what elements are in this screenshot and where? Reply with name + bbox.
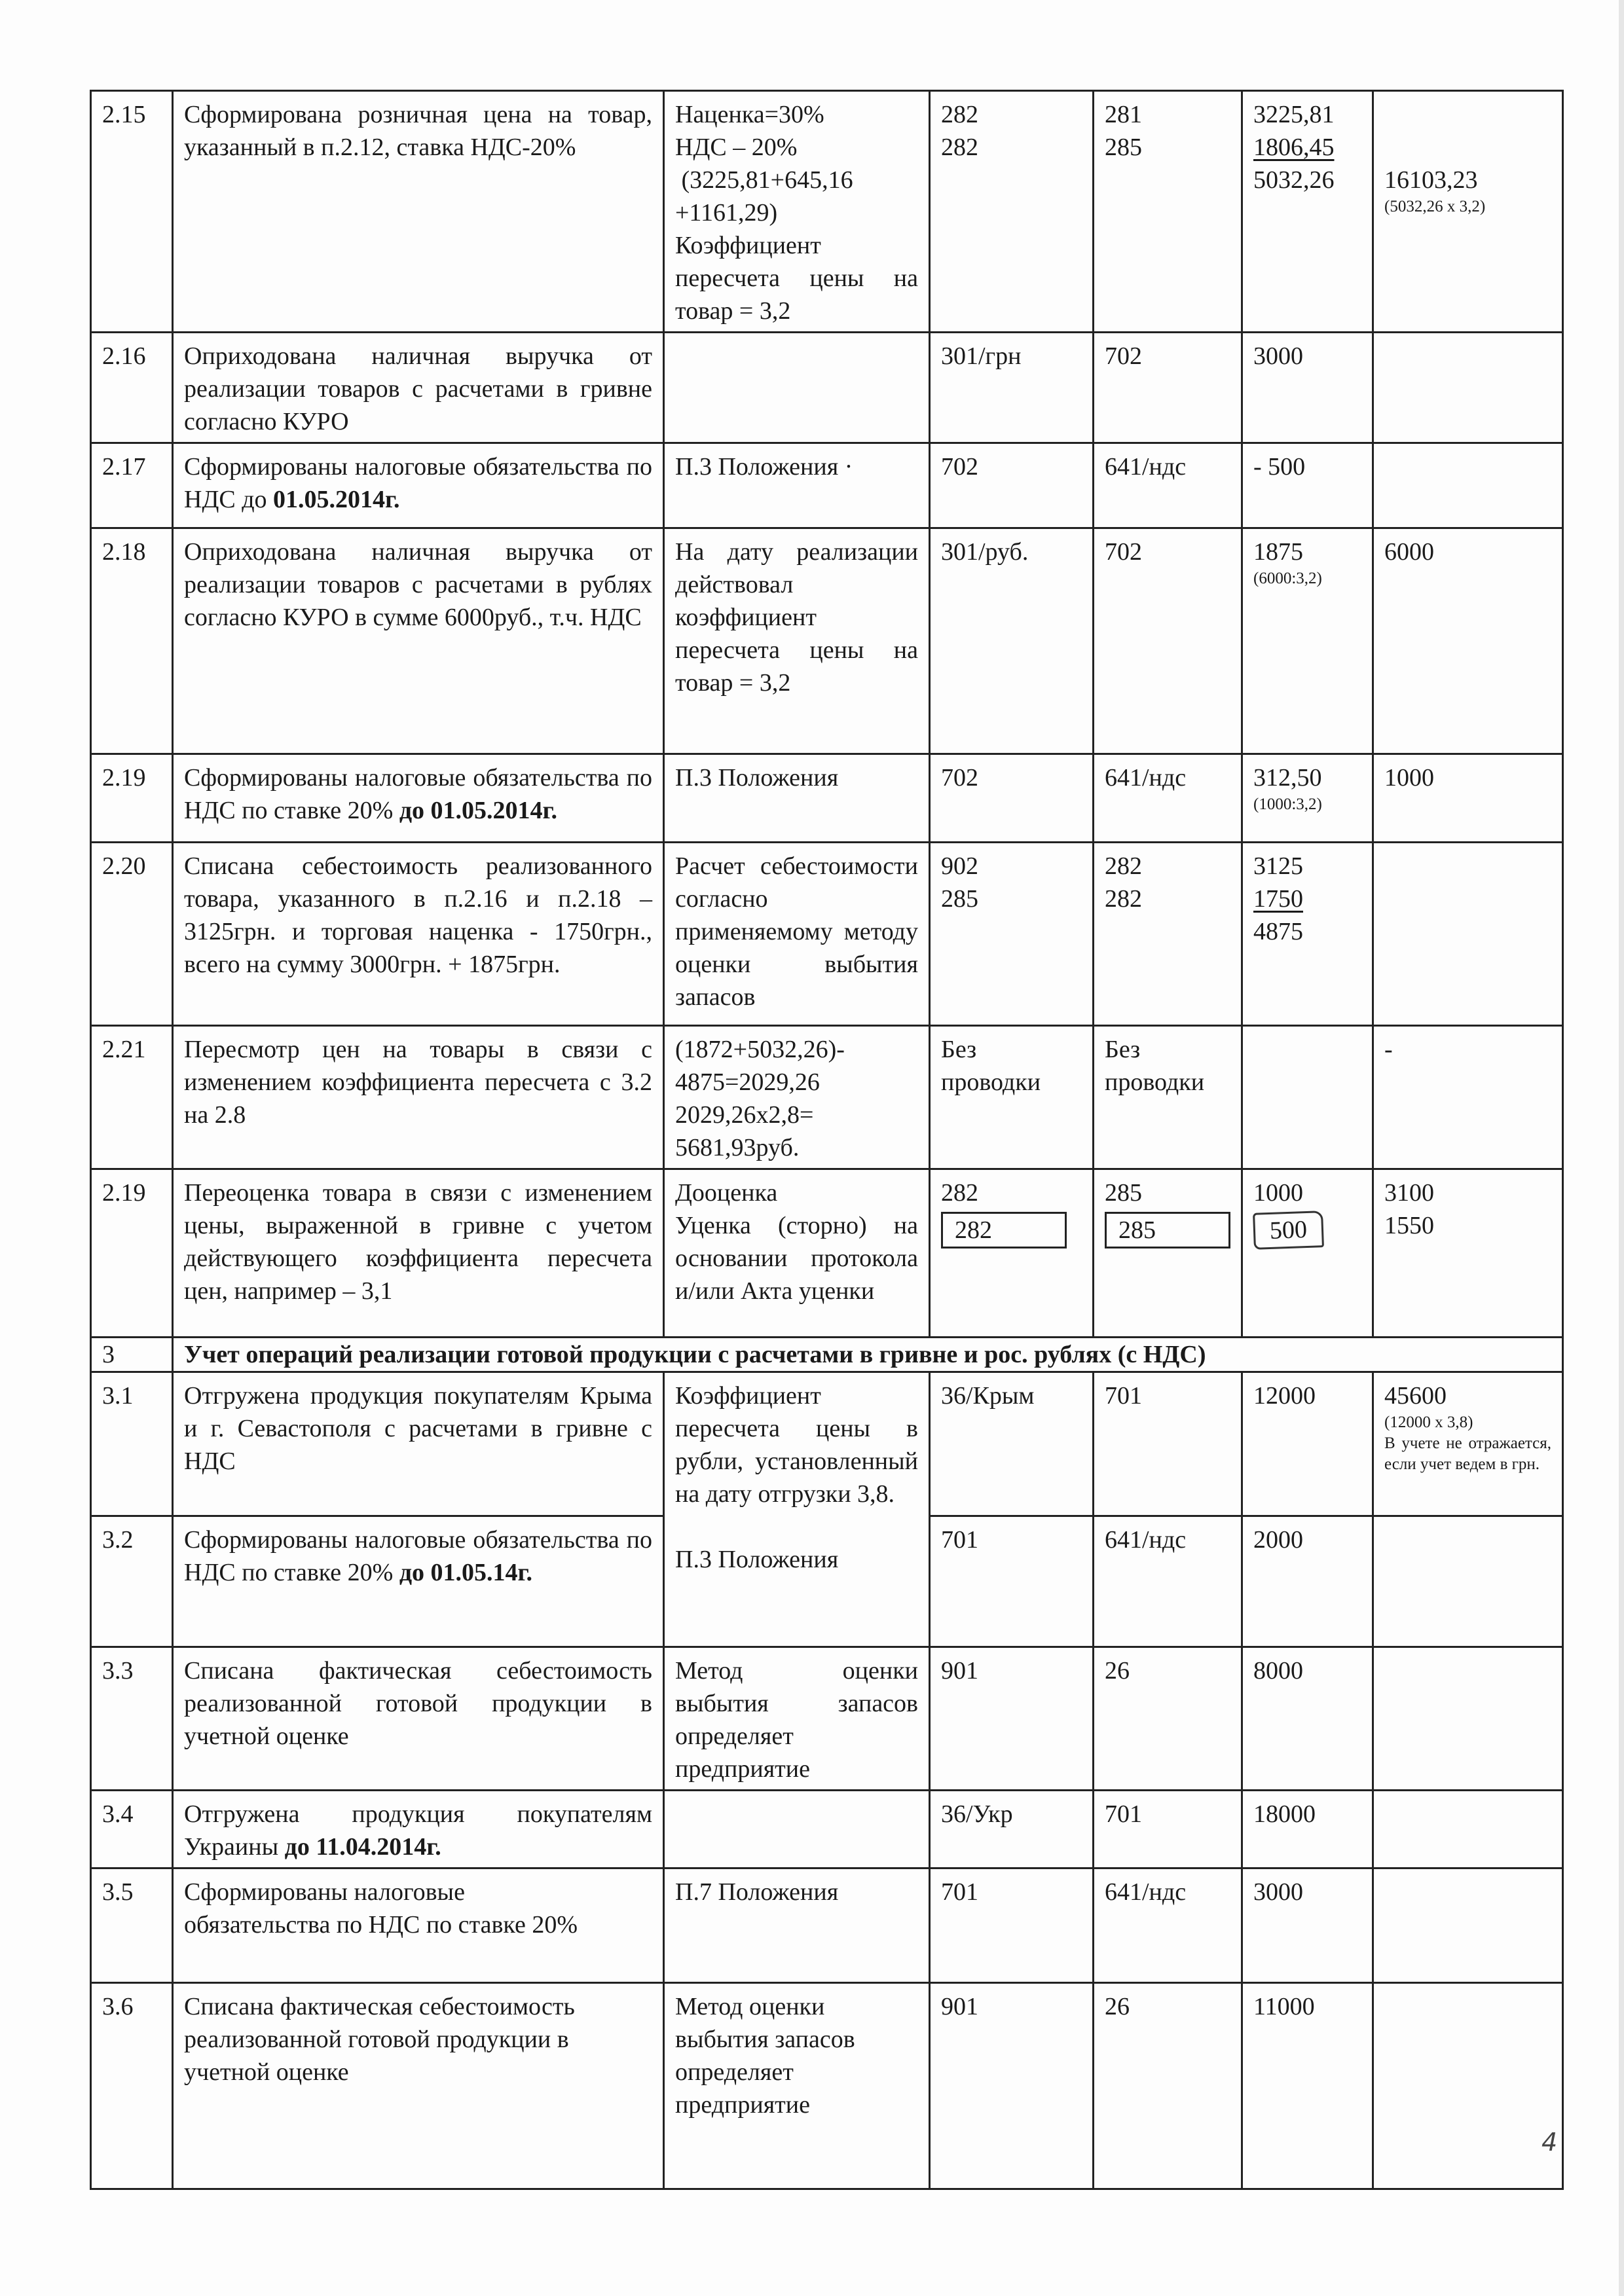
rub-line: 3100: [1384, 1176, 1551, 1209]
section-header: 3 Учет операций реализации готовой проду…: [91, 1338, 1563, 1372]
amount-rub: [1373, 1791, 1563, 1868]
operation-basis: П.7 Положения: [664, 1868, 930, 1983]
amount-value: 1875: [1253, 536, 1361, 568]
description-date: до 11.04.2014г.: [285, 1833, 441, 1861]
amount-rub: [1373, 1983, 1563, 2189]
row-number: 2.15: [91, 91, 173, 333]
table-row: 2.21 Пересмотр цен на товары в связи с и…: [91, 1026, 1563, 1169]
amount-rub: 3100 1550: [1373, 1169, 1563, 1338]
amount-uah: - 500: [1242, 443, 1373, 528]
debit-line: 902: [941, 850, 1082, 883]
credit-line: 285: [1105, 1176, 1230, 1209]
formula-line: 5681,93руб.: [675, 1131, 918, 1164]
basis-line: НДС – 20%: [675, 131, 918, 164]
storno-debit-box: 282: [941, 1212, 1067, 1248]
debit-account: Без проводки: [930, 1026, 1094, 1169]
operation-basis: П.3 Положения: [664, 754, 930, 843]
description-date: до 01.05.14г.: [399, 1559, 532, 1586]
basis-line: Уценка (сторно) на основании протокола и…: [675, 1209, 918, 1307]
row-number: 2.16: [91, 333, 173, 443]
credit-account: 701: [1094, 1791, 1242, 1868]
operation-basis: Наценка=30% НДС – 20% (3225,81+645,16 +1…: [664, 91, 930, 333]
amount-uah: 8000: [1242, 1647, 1373, 1791]
amount-uah: 1000 500: [1242, 1169, 1373, 1338]
amount-rub: [1373, 333, 1563, 443]
amount-uah: 3225,81 1806,45 5032,26: [1242, 91, 1373, 333]
operation-basis: П.3 Положения ·: [664, 443, 930, 528]
row-number: 3.3: [91, 1647, 173, 1791]
scan-edge: [1619, 0, 1624, 2296]
page-number: 4: [1541, 2128, 1557, 2157]
credit-account: 281 285: [1094, 91, 1242, 333]
operation-basis: Метод оценки выбытия запасов определяет …: [664, 1647, 930, 1791]
description-date: до 01.05.2014г.: [399, 797, 557, 824]
debit-line: 282: [941, 1176, 1082, 1209]
table-row: 3.4 Отгружена продукция покупателям Укра…: [91, 1791, 1563, 1868]
document-page: 2.15 Сформирована розничная цена на това…: [0, 0, 1624, 2296]
operation-description: Списана фактическая себестоимость реализ…: [173, 1647, 664, 1791]
credit-account: 282 282: [1094, 843, 1242, 1026]
section-number: 3: [91, 1338, 173, 1372]
rub-amount: 16103,23: [1384, 164, 1551, 196]
table-row: 2.19 Переоценка товара в связи с изменен…: [91, 1169, 1563, 1338]
amount-rub: 16103,23 (5032,26 х 3,2): [1373, 91, 1563, 333]
amount-line: 1000: [1253, 1176, 1361, 1209]
debit-account: 301/руб.: [930, 528, 1094, 754]
operation-basis: Расчет себестоимости согласно применяемо…: [664, 843, 930, 1026]
storno-amount-box: 500: [1253, 1211, 1324, 1250]
amount-rub: 45600 (12000 х 3,8) В учете не отражаетс…: [1373, 1372, 1563, 1516]
amount-uah: 18000: [1242, 1791, 1373, 1868]
debit-account: 301/грн: [930, 333, 1094, 443]
rub-formula: (5032,26 х 3,2): [1384, 196, 1551, 217]
amount-formula: (6000:3,2): [1253, 568, 1361, 589]
amount-line: 1806,45: [1253, 131, 1361, 164]
amount-uah: 11000: [1242, 1983, 1373, 2189]
amount-uah: 12000: [1242, 1372, 1373, 1516]
credit-account: 641/ндс: [1094, 443, 1242, 528]
amount-uah: 3000: [1242, 333, 1373, 443]
credit-account: 285 285: [1094, 1169, 1242, 1338]
amount-uah: 312,50 (1000:3,2): [1242, 754, 1373, 843]
amount-uah: 3000: [1242, 1868, 1373, 1983]
rub-line: 1550: [1384, 1209, 1551, 1242]
credit-account: 26: [1094, 1983, 1242, 2189]
table-row: 3.6 Списана фактическая себестоимость ре…: [91, 1983, 1563, 2189]
row-number: 3.6: [91, 1983, 173, 2189]
debit-account: 701: [930, 1868, 1094, 1983]
credit-line: 285: [1105, 131, 1230, 164]
credit-account: 26: [1094, 1647, 1242, 1791]
credit-account: Без проводки: [1094, 1026, 1242, 1169]
storno-credit-box: 285: [1105, 1212, 1230, 1248]
operation-description: Сформированы налоговые обязательства по …: [173, 443, 664, 528]
amount-value: 312,50: [1253, 761, 1361, 794]
amount-rub: 1000: [1373, 754, 1563, 843]
amount-rub: [1373, 843, 1563, 1026]
table-row: 2.18 Оприходована наличная выручка от ре…: [91, 528, 1563, 754]
basis-reference: П.3 Положения: [675, 1543, 918, 1576]
row-number: 2.20: [91, 843, 173, 1026]
basis-line: Дооценка: [675, 1176, 918, 1209]
row-number: 3.2: [91, 1516, 173, 1647]
amount-total: 5032,26: [1253, 164, 1361, 196]
debit-account: 701: [930, 1516, 1094, 1647]
amount-uah: 1875 (6000:3,2): [1242, 528, 1373, 754]
table-row: 3.1 Отгружена продукция покупателям Крым…: [91, 1372, 1563, 1516]
table-row: 2.19 Сформированы налоговые обязательств…: [91, 754, 1563, 843]
operation-description: Сформирована розничная цена на товар, ук…: [173, 91, 664, 333]
row-number: 2.18: [91, 528, 173, 754]
amount-uah: 3125 1750 4875: [1242, 843, 1373, 1026]
row-number: 2.19: [91, 754, 173, 843]
table-row: 3.3 Списана фактическая себестоимость ре…: [91, 1647, 1563, 1791]
amount-rub: 6000: [1373, 528, 1563, 754]
operation-basis: Коэффициент пересчета цены в рубли, уста…: [664, 1372, 930, 1647]
basis-line: Коэффициент пересчета цены на товар = 3,…: [675, 229, 918, 327]
amount-line: 3125: [1253, 850, 1361, 883]
credit-account: 701: [1094, 1372, 1242, 1516]
description-text: Сформированы налоговые обязательства по …: [184, 453, 652, 513]
debit-account: 282 282: [930, 91, 1094, 333]
rub-amount: 45600: [1384, 1379, 1551, 1412]
operation-description: Списана себестоимость реализованного тов…: [173, 843, 664, 1026]
operation-description: Сформированы налоговые обязательства по …: [173, 1516, 664, 1647]
operation-basis: На дату реализации действовал коэффициен…: [664, 528, 930, 754]
credit-account: 702: [1094, 333, 1242, 443]
amount-rub: -: [1373, 1026, 1563, 1169]
debit-account: 901: [930, 1983, 1094, 2189]
operation-description: Переоценка товара в связи с изменением ц…: [173, 1169, 664, 1338]
operation-basis: Метод оценки выбытия запасов определяет …: [664, 1983, 930, 2189]
debit-line: 282: [941, 98, 1082, 131]
rub-note: В учете не отражается, если учет ведем в…: [1384, 1433, 1551, 1475]
basis-text: Коэффициент пересчета цены в рубли, уста…: [675, 1382, 918, 1508]
amount-line: 3225,81: [1253, 98, 1361, 131]
debit-account: 282 282: [930, 1169, 1094, 1338]
amount-rub: [1373, 1516, 1563, 1647]
credit-line: 282: [1105, 850, 1230, 883]
operation-description: Пересмотр цен на товары в связи с измене…: [173, 1026, 664, 1169]
row-number: 2.19: [91, 1169, 173, 1338]
credit-line: 281: [1105, 98, 1230, 131]
credit-account: 641/ндс: [1094, 1868, 1242, 1983]
table-row: 2.20 Списана себестоимость реализованног…: [91, 843, 1563, 1026]
operation-basis: [664, 333, 930, 443]
basis-line: Наценка=30%: [675, 98, 918, 131]
amount-rub: [1373, 1868, 1563, 1983]
amount-line: 1750: [1253, 883, 1361, 915]
row-number: 2.17: [91, 443, 173, 528]
debit-account: 36/Укр: [930, 1791, 1094, 1868]
credit-account: 641/ндс: [1094, 1516, 1242, 1647]
table-row: 2.16 Оприходована наличная выручка от ре…: [91, 333, 1563, 443]
formula-line: 4875=2029,26: [675, 1066, 918, 1099]
credit-account: 641/ндс: [1094, 754, 1242, 843]
amount-uah: 2000: [1242, 1516, 1373, 1647]
debit-line: 282: [941, 131, 1082, 164]
debit-account: 902 285: [930, 843, 1094, 1026]
formula-line: 2029,26х2,8=: [675, 1099, 918, 1131]
row-number: 3.4: [91, 1791, 173, 1868]
operation-basis: (1872+5032,26)- 4875=2029,26 2029,26х2,8…: [664, 1026, 930, 1169]
operation-description: Оприходована наличная выручка от реализа…: [173, 333, 664, 443]
table-row: 2.15 Сформирована розничная цена на това…: [91, 91, 1563, 333]
debit-account: 702: [930, 754, 1094, 843]
description-date: 01.05.2014г.: [273, 486, 399, 513]
accounting-entries-table: 2.15 Сформирована розничная цена на това…: [90, 90, 1564, 2190]
operation-basis: Дооценка Уценка (сторно) на основании пр…: [664, 1169, 930, 1338]
operation-description: Отгружена продукция покупателям Украины …: [173, 1791, 664, 1868]
debit-line: 285: [941, 883, 1082, 915]
rub-formula: (12000 х 3,8): [1384, 1412, 1551, 1433]
debit-account: 702: [930, 443, 1094, 528]
basis-line: (3225,81+645,16: [675, 164, 918, 196]
row-number: 3.5: [91, 1868, 173, 1983]
amount-formula: (1000:3,2): [1253, 794, 1361, 815]
amount-uah: [1242, 1026, 1373, 1169]
amount-rub: [1373, 1647, 1563, 1791]
operation-basis: [664, 1791, 930, 1868]
amount-total: 4875: [1253, 915, 1361, 948]
operation-description: Сформированы налоговые обязательства по …: [173, 754, 664, 843]
table-row: 2.17 Сформированы налоговые обязательств…: [91, 443, 1563, 528]
section-title: Учет операций реализации готовой продукц…: [173, 1338, 1563, 1372]
row-number: 3.1: [91, 1372, 173, 1516]
credit-account: 702: [1094, 528, 1242, 754]
credit-line: 282: [1105, 883, 1230, 915]
table-row: 3.5 Сформированы налоговые обязательства…: [91, 1868, 1563, 1983]
debit-account: 36/Крым: [930, 1372, 1094, 1516]
row-number: 2.21: [91, 1026, 173, 1169]
operation-description: Списана фактическая себестоимость реализ…: [173, 1983, 664, 2189]
formula-line: (1872+5032,26)-: [675, 1033, 918, 1066]
debit-account: 901: [930, 1647, 1094, 1791]
operation-description: Оприходована наличная выручка от реализа…: [173, 528, 664, 754]
operation-description: Отгружена продукция покупателям Крыма и …: [173, 1372, 664, 1516]
amount-rub: [1373, 443, 1563, 528]
operation-description: Сформированы налоговые обязательства по …: [173, 1868, 664, 1983]
basis-line: +1161,29): [675, 196, 918, 229]
